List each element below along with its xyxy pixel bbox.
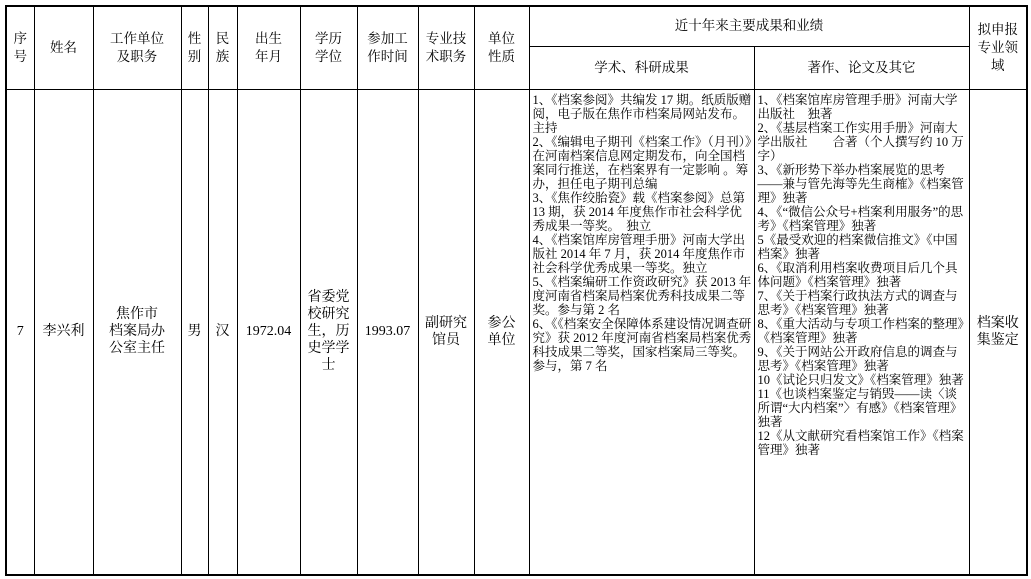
cell-name: 李兴利 xyxy=(34,89,93,575)
table-row: 7 李兴利 焦作市 档案局办 公室主任 男 汉 1972.04 省委党 校研究 … xyxy=(6,89,1027,575)
cell-education: 省委党 校研究 生，历 史学学 士 xyxy=(300,89,357,575)
header-col-index: 序 号 xyxy=(6,6,34,89)
cell-birth: 1972.04 xyxy=(237,89,300,575)
cell-title: 副研究 馆员 xyxy=(418,89,474,575)
cell-gender: 男 xyxy=(181,89,208,575)
cell-unittype: 参公 单位 xyxy=(474,89,529,575)
header-col-workstart: 参加工 作时间 xyxy=(357,6,418,89)
cell-unit: 焦作市 档案局办 公室主任 xyxy=(93,89,181,575)
header-col-publications: 著作、论文及其它 xyxy=(754,46,969,89)
header-col-unittype: 单位 性质 xyxy=(474,6,529,89)
cell-academic-achievements: 1、《档案参阅》共编发 17 期。纸质版赠阅，电子版在焦作市档案局网站发布。主持… xyxy=(529,89,754,575)
header-col-ethnic: 民 族 xyxy=(208,6,237,89)
header-col-name: 姓名 xyxy=(34,6,93,89)
header-col-birth: 出生 年月 xyxy=(237,6,300,89)
header-col-unit: 工作单位 及职务 xyxy=(93,6,181,89)
header-col-field: 拟申报 专业领 域 xyxy=(969,6,1027,89)
cell-ethnic: 汉 xyxy=(208,89,237,575)
personnel-table: 序 号 姓名 工作单位 及职务 性 别 民 族 出生 年月 学历 学位 参加工 … xyxy=(5,5,1028,576)
cell-field: 档案收 集鉴定 xyxy=(969,89,1027,575)
cell-publications: 1、《档案馆库房管理手册》河南大学出版社 独著 2、《基层档案工作实用手册》河南… xyxy=(754,89,969,575)
cell-workstart: 1993.07 xyxy=(357,89,418,575)
header-col-academic: 学术、科研成果 xyxy=(529,46,754,89)
header-col-achievements-group: 近十年来主要成果和业绩 xyxy=(529,6,969,46)
header-col-gender: 性 别 xyxy=(181,6,208,89)
header-col-education: 学历 学位 xyxy=(300,6,357,89)
header-col-title: 专业技 术职务 xyxy=(418,6,474,89)
header-row-top: 序 号 姓名 工作单位 及职务 性 别 民 族 出生 年月 学历 学位 参加工 … xyxy=(6,6,1027,46)
cell-index: 7 xyxy=(6,89,34,575)
